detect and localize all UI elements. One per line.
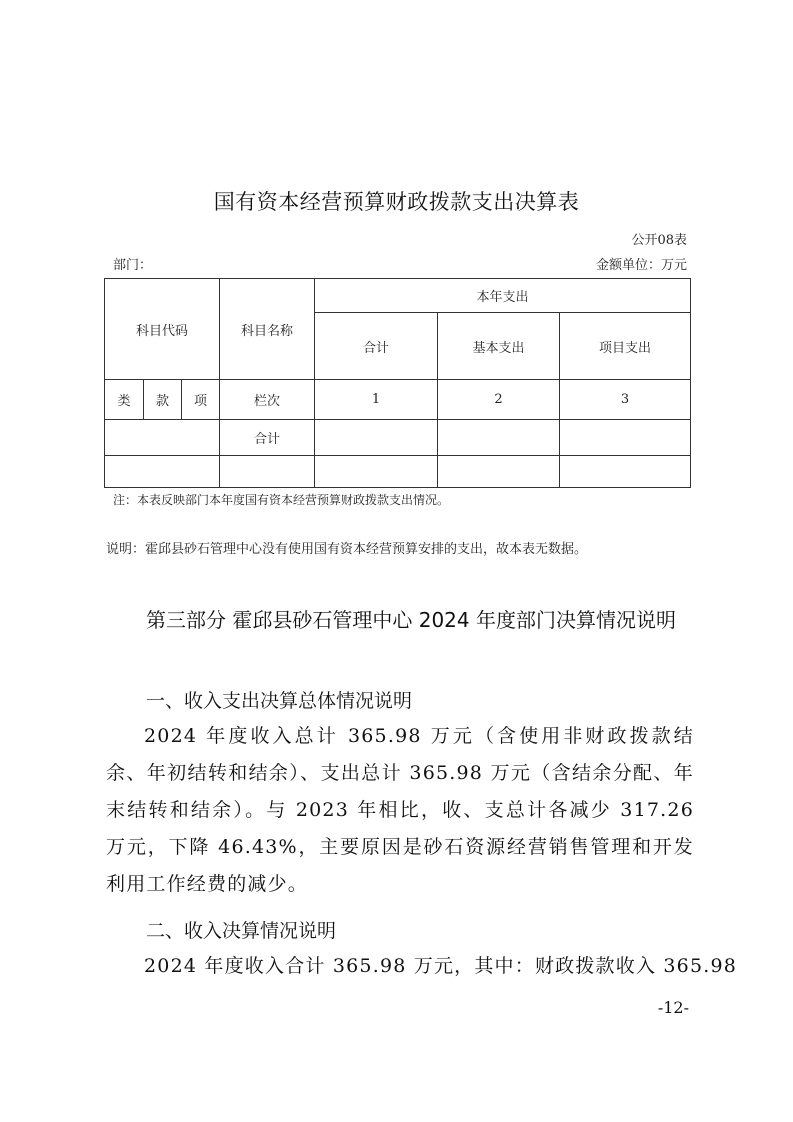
table-number: 公开08表 xyxy=(631,229,687,248)
header-name: 科目名称 xyxy=(220,279,315,380)
table-title: 国有资本经营预算财政拨款支出决算表 xyxy=(0,186,793,216)
row-total xyxy=(315,420,438,456)
subheader-column: 栏次 xyxy=(220,380,315,420)
section2-paragraph: 2024 年度收入合计 365.98 万元，其中：财政拨款收入 365.98 xyxy=(106,948,694,985)
row-code xyxy=(105,456,220,488)
header-current-year: 本年支出 xyxy=(315,279,691,313)
row-project xyxy=(560,420,691,456)
section1-paragraph: 2024 年度收入总计 365.98 万元（含使用非财政拨款结余、年初结转和结余… xyxy=(106,718,694,903)
subheader-col3: 3 xyxy=(560,380,691,420)
expenditure-table: 科目代码 科目名称 本年支出 合计 基本支出 项目支出 类 款 项 栏次 1 2… xyxy=(104,278,691,488)
row-name xyxy=(220,456,315,488)
header-total: 合计 xyxy=(315,313,438,380)
subheader-item: 项 xyxy=(182,380,220,420)
subheader-class: 类 xyxy=(105,380,144,420)
row-basic xyxy=(438,456,560,488)
row-project xyxy=(560,456,691,488)
department-label: 部门： xyxy=(113,254,152,273)
subheader-col2: 2 xyxy=(438,380,560,420)
row-basic xyxy=(438,420,560,456)
row-code xyxy=(105,420,220,456)
subheader-col1: 1 xyxy=(315,380,438,420)
page-number: -12- xyxy=(658,998,689,1017)
header-project: 项目支出 xyxy=(560,313,691,380)
table-row: 合计 xyxy=(105,420,691,456)
section2-heading: 二、收入决算情况说明 xyxy=(146,916,336,943)
subheader-section: 款 xyxy=(144,380,182,420)
explanation-text: 说明：霍邱县砂石管理中心没有使用国有资本经营预算安排的支出，故本表无数据。 xyxy=(106,538,587,557)
header-code: 科目代码 xyxy=(105,279,220,380)
table-row xyxy=(105,456,691,488)
table-note: 注：本表反映部门本年度国有资本经营预算财政拨款支出情况。 xyxy=(113,491,449,508)
row-total xyxy=(315,456,438,488)
unit-label: 金额单位：万元 xyxy=(596,254,687,273)
part-title: 第三部分 霍邱县砂石管理中心 2024 年度部门决算情况说明 xyxy=(146,604,676,633)
section1-heading: 一、收入支出决算总体情况说明 xyxy=(146,686,412,713)
row-name: 合计 xyxy=(220,420,315,456)
header-basic: 基本支出 xyxy=(438,313,560,380)
